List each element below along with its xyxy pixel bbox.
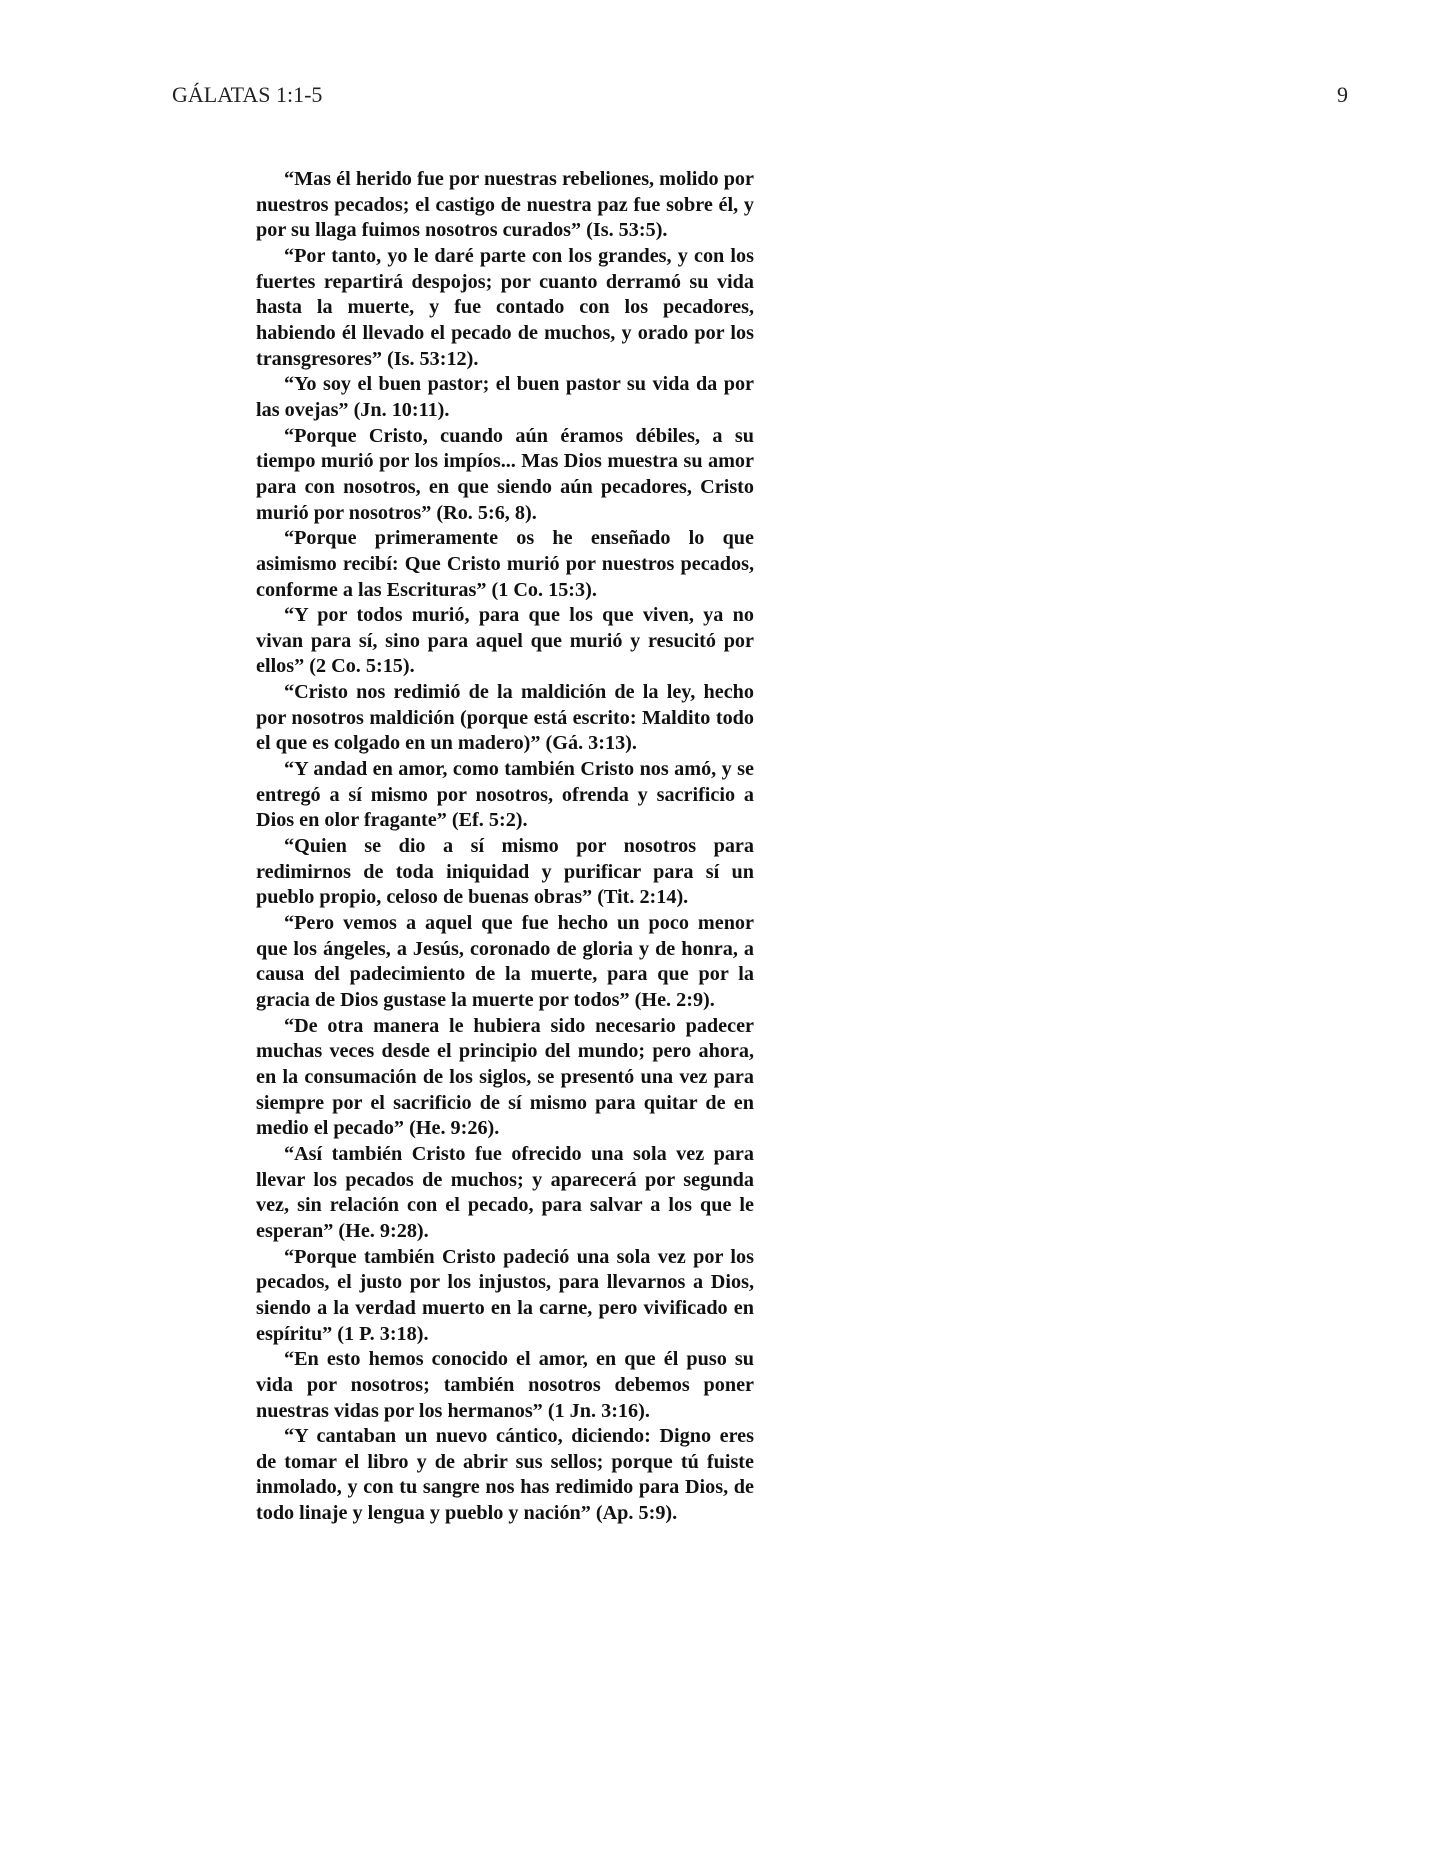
paragraph-he-9-28: “Así también Cristo fue ofrecido una sol…	[256, 1142, 754, 1245]
document-page: GÁLATAS 1:1-5 9 “Mas él herido fue por n…	[0, 0, 1445, 1870]
paragraph-1co-15-3: “Porque primeramente os he enseñado lo q…	[256, 526, 754, 603]
paragraph-ef-5-2: “Y andad en amor, como también Cristo no…	[256, 757, 754, 834]
paragraph-he-9-26: “De otra manera le hubiera sido necesari…	[256, 1014, 754, 1142]
paragraph-ap-5-9: “Y cantaban un nuevo cántico, diciendo: …	[256, 1424, 754, 1527]
paragraph-2co-5-15: “Y por todos murió, para que los que viv…	[256, 603, 754, 680]
paragraph-jn-10-11: “Yo soy el buen pastor; el buen pastor s…	[256, 372, 754, 423]
paragraph-1jn-3-16: “En esto hemos conocido el amor, en que …	[256, 1347, 754, 1424]
running-title: GÁLATAS 1:1-5	[172, 82, 322, 108]
paragraph-ga-3-13: “Cristo nos redimió de la maldición de l…	[256, 680, 754, 757]
paragraph-1p-3-18: “Porque también Cristo padeció una sola …	[256, 1245, 754, 1348]
paragraph-ro-5-6-8: “Porque Cristo, cuando aún éramos débile…	[256, 424, 754, 527]
body-text: “Mas él herido fue por nuestras rebelion…	[256, 167, 754, 1527]
paragraph-is-53-12: “Por tanto, yo le daré parte con los gra…	[256, 244, 754, 372]
paragraph-he-2-9: “Pero vemos a aquel que fue hecho un poc…	[256, 911, 754, 1014]
paragraph-tit-2-14: “Quien se dio a sí mismo por nosotros pa…	[256, 834, 754, 911]
paragraph-is-53-5: “Mas él herido fue por nuestras rebelion…	[256, 167, 754, 244]
page-number: 9	[1337, 82, 1348, 108]
